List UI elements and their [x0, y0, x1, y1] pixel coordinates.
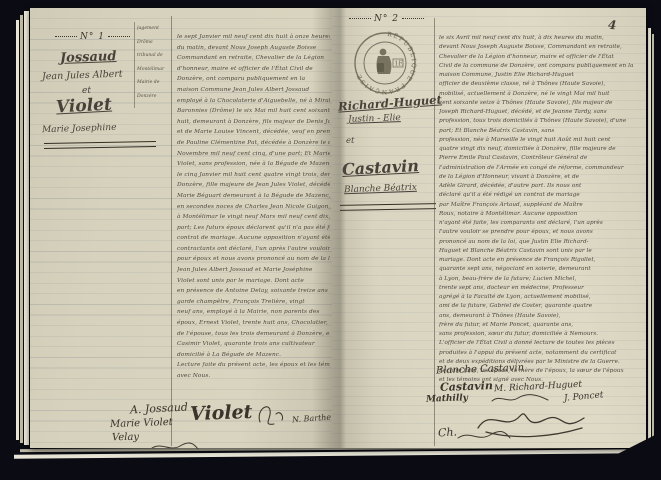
act-text-line: par Maître François Artaud, suppléant de…	[439, 201, 641, 210]
act-text-line: cent soixante seize à Thônes (Haute Savo…	[439, 99, 641, 108]
act-text-line: mariage. Dont acte en présence de Franço…	[439, 256, 641, 265]
signature-mathilly: Mathilly	[426, 393, 468, 404]
signature-poncet: J. Poncet	[564, 390, 604, 403]
marginal-mention-line: jugement	[137, 22, 174, 36]
act-text-line: d'honneur, maire et officier de l'État C…	[177, 64, 330, 75]
page-edge-right-1	[648, 28, 651, 443]
act-text-line: Jean Jules Albert Jossaud et Marie Josép…	[177, 265, 330, 276]
signature-violet-large: Violet	[190, 401, 253, 425]
signature-jossaud: A. Jossaud	[130, 400, 189, 416]
act-text-line: huit, demeurant à Donzère, fils majeur d…	[177, 117, 330, 128]
book-spread: N° 1 Jossaud Jean Jules Albert et Violet…	[30, 8, 646, 448]
marginal-mention-line: Mairie de	[137, 76, 174, 90]
right-margin-bride-firstnames: Blanche Béatrix	[344, 183, 417, 196]
act-text-line: Marie Béguart demeurant à la Bégude de M…	[177, 191, 330, 202]
act-text-line: époux, Ernest Violet, trente huit ans, C…	[177, 318, 330, 329]
act-text-line: le cinq Janvier mil huit cent quatre vin…	[177, 170, 330, 181]
left-act-body-text: le sept Janvier mil neuf cent dix huit à…	[177, 32, 330, 388]
dotted-leader	[349, 18, 371, 19]
act-text-line: L'officier de l'État Civil a donné lectu…	[439, 339, 641, 348]
stamp-value-text: 1F.	[395, 61, 404, 68]
right-margin-groom-firstnames: Justin - Elie	[348, 113, 401, 125]
act-text-line: Chevalier de la Légion d'honneur, maire …	[439, 53, 641, 62]
act-text-line: en secondes noces de Charles Jean Nicole…	[177, 202, 330, 213]
act-text-line: maison Commune Jean Jules Albert Jossaud	[177, 85, 330, 96]
act-text-line: contrat de mariage. Aucune opposition n'…	[177, 233, 330, 244]
act-text-line: Civil de la commune de Donzère, ont comp…	[439, 62, 641, 71]
act-text-line: ans, demeurant à Thônes (Haute Savoie),	[439, 312, 641, 321]
scanned-register-photo: { "register": { "description": "Registre…	[0, 0, 661, 480]
act-text-line: pour époux et nous avons prononcé au nom…	[177, 254, 330, 265]
page-edge-left-3	[24, 11, 29, 445]
right-act-number: N° 2	[346, 14, 427, 24]
act-text-line: frère du futur, et Marie Poncet, quarant…	[439, 321, 641, 330]
act-text-line: l'administration de l'Armée en congé de …	[439, 164, 641, 173]
act-text-line: quarante sept ans, négociant en soierie,…	[439, 265, 641, 274]
marginal-mention-line: Drôme	[137, 36, 174, 50]
act-text-line: Roux, notaire à Montélimar. Aucune oppos…	[439, 210, 641, 219]
left-page: N° 1 Jossaud Jean Jules Albert et Violet…	[30, 8, 332, 448]
left-margin-groom-firstnames: Jean Jules Albert	[42, 69, 123, 83]
act-text-line: prononcé au nom de la loi, que Justin El…	[439, 238, 641, 247]
signature-castavin: Castavin	[440, 379, 493, 394]
margin-separator-rule	[44, 141, 156, 149]
act-text-line: Novembre mil neuf cent cinq, d'une part;…	[177, 149, 330, 160]
act-text-line: Violet, sans profession, née à la Bégude…	[177, 159, 330, 170]
right-margin-rule	[434, 18, 435, 446]
marginal-mention-line: tribunal de	[137, 49, 174, 63]
signature-barthe: N. Barthe	[292, 413, 332, 425]
republique-francaise-stamp: RÉPUBLIQUE FRANÇAISE 1F.	[352, 30, 418, 96]
act-text-line: Violet sont unis par le mariage. Dont ac…	[177, 276, 330, 287]
act-text-line: ami de la future, Gabriel de Coster, qua…	[439, 302, 641, 311]
act-text-line: de l'épouse, tous les trois demeurant à …	[177, 329, 330, 340]
act-text-line: du matin, devant Nous Joseph Auguste Boi…	[177, 43, 330, 54]
dotted-leader	[108, 36, 130, 37]
signature-paraphe-ch	[456, 428, 512, 444]
act-text-line: produites à l'appui du présent acte, not…	[439, 349, 641, 358]
left-margin-groom-surname: Jossaud	[60, 49, 117, 66]
marginal-mention-line: Montélimar	[137, 63, 174, 77]
left-margin-rule	[171, 16, 172, 446]
act-text-line: l'autre vouloir se prendre pour époux, e…	[439, 228, 641, 237]
page-edge-left-1	[16, 20, 19, 440]
act-text-line: part; Les futurs époux déclarent qu'il n…	[177, 223, 330, 234]
act-text-line: agrégé à la Faculté de Lyon, actuellemen…	[439, 293, 641, 302]
act-text-line: Huguet et Blanche Béatrix Castavin sont …	[439, 247, 641, 256]
signature-flourish-left	[254, 400, 288, 430]
page-edge-left-2	[20, 15, 23, 443]
act-text-line: de la Légion d'Honneur, vivant à Donzère…	[439, 173, 641, 182]
act-text-line: Pierre Emile Paul Castavin, Contrôleur G…	[439, 154, 641, 163]
act-text-line: à Montélimar le vingt neuf Mars mil neuf…	[177, 212, 330, 223]
dotted-leader	[402, 18, 424, 19]
page-edge-right-2	[652, 34, 654, 438]
act-text-line: Joseph Richard-Huguet, décédé, et de Jea…	[439, 108, 641, 117]
act-text-line: et de Marie Louise Vincent, décédée, veu…	[177, 127, 330, 138]
right-margin-conjunction: et	[346, 136, 354, 146]
act-text-line: Donzère, fille majeure de Jean Jules Vio…	[177, 180, 330, 191]
act-text-line: Casimir Violet, quarante trois ans culti…	[177, 339, 330, 350]
marginal-mention-line: Donzère	[137, 90, 174, 104]
act-text-line: de Pauline Clémentine Pat, décédée à Don…	[177, 138, 330, 149]
right-page: 4 N° 2 RÉPUBLIQUE FRANÇAISE 1F. Richard-…	[332, 8, 646, 448]
signature-velay: Velay	[112, 432, 139, 443]
act-text-line: profession, née à Marseille le vingt hui…	[439, 136, 641, 145]
dotted-leader	[55, 36, 77, 37]
left-marginal-mention: jugementDrômetribunal deMontélimarMairie…	[134, 22, 174, 108]
act-text-line: à Lyon, beau-frère de la future; Lucien …	[439, 275, 641, 284]
margin-separator-rule	[340, 203, 436, 211]
act-text-line: garde champêtre, François Trelière, ving…	[177, 297, 330, 308]
seated-marianne-figure	[377, 49, 392, 74]
act-text-line: employé à la Chocolaterie d'Aiguebelle, …	[177, 96, 330, 107]
left-margin-bride-firstnames: Marie Josephine	[42, 123, 117, 136]
act-text-line: n'ayant été faite, les comparants ont dé…	[439, 219, 641, 228]
act-text-line: le sept Janvier mil neuf cent dix huit à…	[177, 32, 330, 43]
signature-paraphe-left	[150, 440, 200, 454]
act-text-line: maison Commune, Justin Elie Richard-Hugu…	[439, 71, 641, 80]
act-text-line: Commandant en retraite, Chevalier de la …	[177, 53, 330, 64]
left-margin-conjunction: et	[82, 86, 91, 96]
act-text-line: sans profession, sœur du futur, domicili…	[439, 330, 641, 339]
left-act-number: N° 1	[52, 32, 133, 42]
act-text-line: Baronnies (Drôme) le six Mai mil huit ce…	[177, 106, 330, 117]
act-text-line: le six Avril mil neuf cent dix huit, à d…	[439, 34, 641, 43]
signature-boisse: Ch.	[438, 426, 458, 440]
signature-marie-violet: Marie Violet	[110, 417, 173, 430]
act-text-line: mobilisé, actuellement à Donzère, né le …	[439, 90, 641, 99]
left-margin-bride-surname: Violet	[56, 95, 113, 118]
act-text-line: part; Et Blanche Béatrix Castavin, sans	[439, 127, 641, 136]
act-text-line: neuf ans, employé à la Mairie, non paren…	[177, 307, 330, 318]
act-text-line: Donzère, ont comparu publiquement en la	[177, 74, 330, 85]
act-text-line: domicilié à La Bégude de Mazenc.	[177, 350, 330, 361]
folio-number: 4	[608, 18, 617, 33]
act-text-line: contractants ont déclaré, l'un après l'a…	[177, 244, 330, 255]
act-text-line: déclaré qu'il a été rédigé un contrat de…	[439, 191, 641, 200]
act-text-line: quatre vingt dix neuf, domiciliée à Donz…	[439, 145, 641, 154]
act-text-line: profession, tous trois domiciliés à Thôn…	[439, 117, 641, 126]
act-text-line: trente sept ans, docteur en médecine, Pr…	[439, 284, 641, 293]
act-text-line: officier de deuxième classe, né à Thônes…	[439, 80, 641, 89]
right-margin-bride-surname: Castavin	[342, 156, 420, 179]
act-text-line: avec Nous.	[177, 371, 330, 382]
act-text-line: Lecture faite du présent acte, les époux…	[177, 360, 330, 371]
act-text-line: Adèle Girard, décédée, d'autre part. Ils…	[439, 182, 641, 191]
act-text-line: devant Nous Joseph Auguste Boisse, Comma…	[439, 43, 641, 52]
act-text-line: en présence de Antoine Delay, soixante t…	[177, 286, 330, 297]
right-act-body-text: le six Avril mil neuf cent dix huit, à d…	[439, 34, 641, 388]
